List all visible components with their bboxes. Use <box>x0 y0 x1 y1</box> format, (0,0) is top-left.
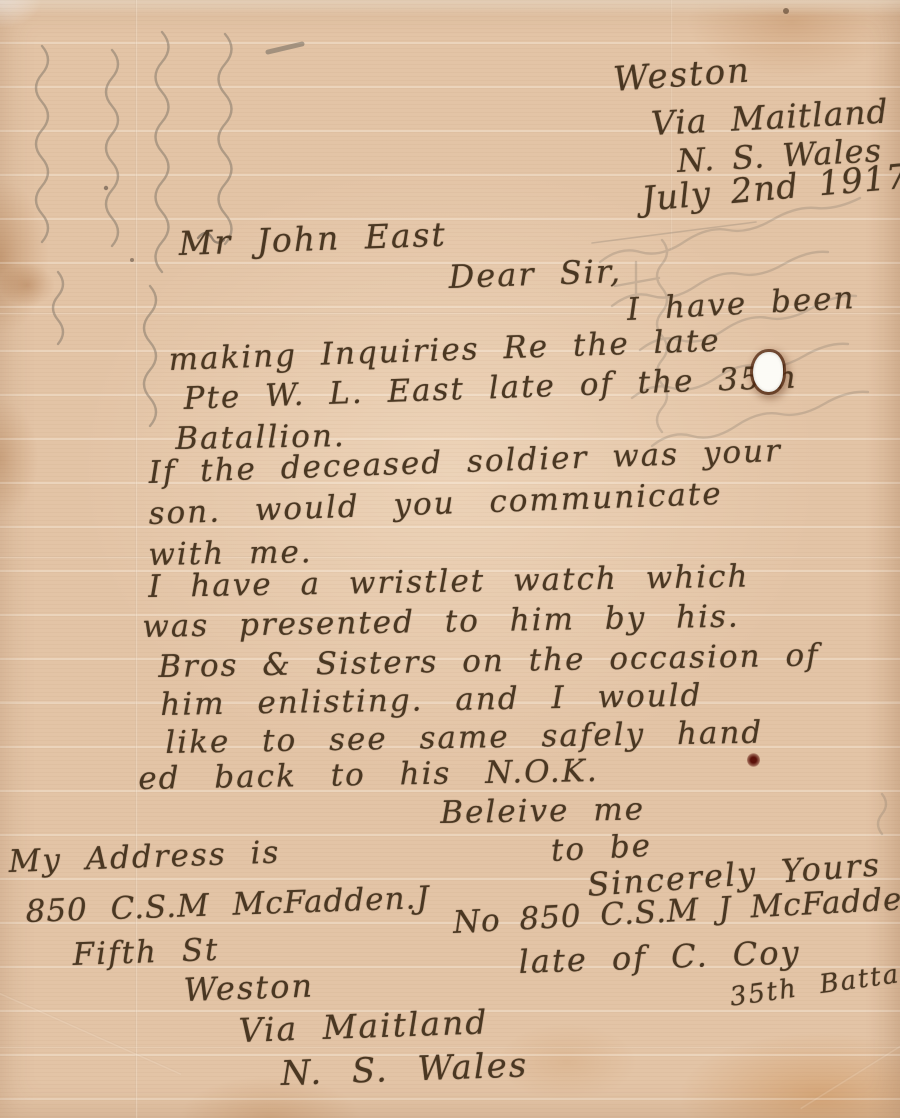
ink-blot <box>747 753 760 767</box>
salutation-line: Dear Sir, <box>448 252 622 296</box>
paper-speck <box>783 8 789 14</box>
postscript-line: Weston <box>183 966 315 1009</box>
closing-line: Beleive me <box>440 791 645 831</box>
postscript-line: Fifth St <box>72 932 220 973</box>
paper-hole <box>753 352 783 392</box>
letter-paper: Weston Via Maitland N. S. Wales July 2nd… <box>0 0 900 1118</box>
